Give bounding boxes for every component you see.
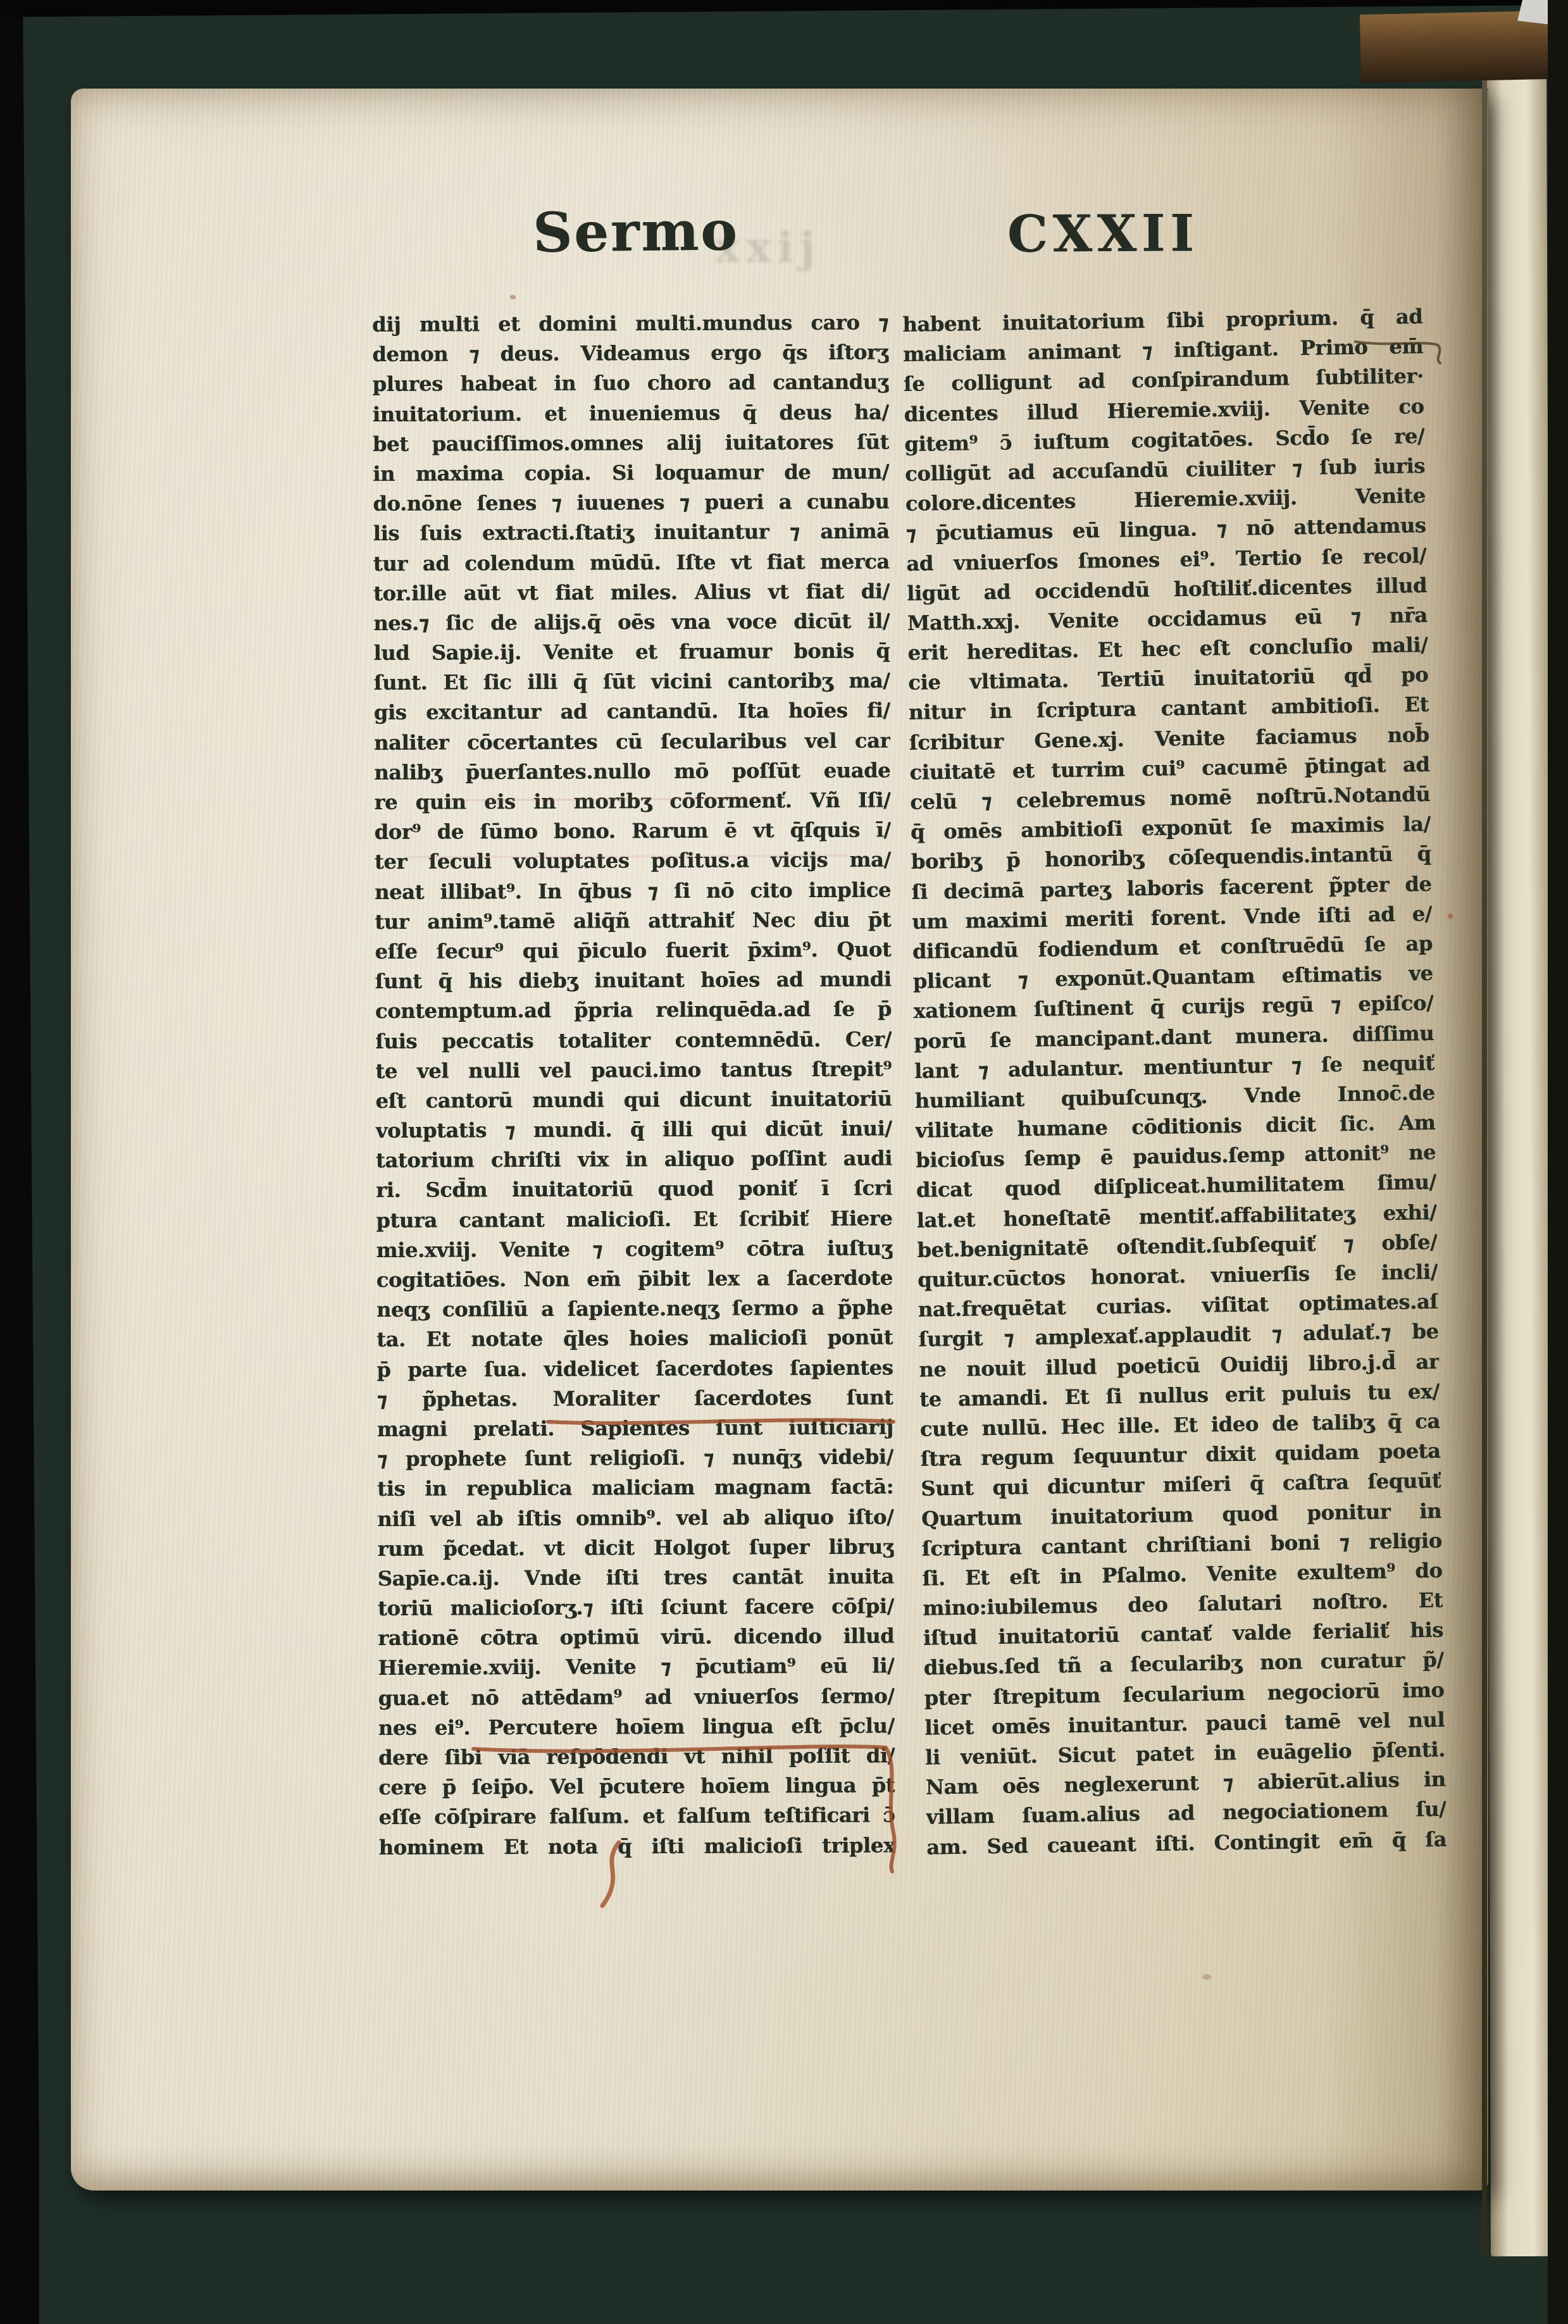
text-line: demon ⁊ deus. Videamus ergo q̄s iſtorʒ [372, 338, 888, 370]
scan-edge-right [1548, 0, 1568, 2324]
text-line: plures habeat in ſuo choro ad cantanduʒ [372, 368, 888, 400]
binding-wood-strip [1360, 11, 1551, 83]
text-line: ta. Et notate q̄les hoies malicioſi ponū… [376, 1323, 893, 1355]
text-line: dij multi et domini multi.mundus caro ⁊ [372, 308, 888, 340]
text-line: toriū malicioſorʒ.⁊ iſti ſciunt facere c… [378, 1591, 894, 1624]
text-line: re quin eis in moribʒ cōformenť. Vñ Iſi/ [374, 785, 890, 817]
text-line: gua.et nō attēdam⁹ ad vniuerſos ſermo/ [378, 1681, 894, 1713]
text-line: ter ſeculi voluptates poſitus.a vicijs m… [375, 845, 891, 878]
text-line: ſuis peccatis totaliter contemnēdū. Cer/ [375, 1024, 892, 1057]
page-crease [1482, 68, 1487, 2255]
text-line: eſſe ſecur⁹ qui p̄iculo fuerit p̄xim⁹. Q… [375, 935, 891, 967]
text-line: lud Sapie.ij. Venite et fruamur bonis q̄ [373, 636, 890, 668]
text-column-left: dij multi et domini multi.mundus caro ⁊d… [372, 308, 895, 1862]
folio-number: CXXII [1007, 203, 1199, 264]
text-line: ſunt q̄ his diebʒ inuitant hoīes ad mund… [375, 965, 892, 997]
text-line: do.nōne ſenes ⁊ iuuenes ⁊ pueri a cunabu [373, 487, 889, 519]
text-line: eſſe cōſpirare falſum. et falſum teſtifi… [378, 1801, 895, 1833]
text-line: bet pauciſſimos.omnes alij iuitatores ſū… [373, 427, 889, 459]
text-line: nalibʒ p̄uerſantes.nullo mō poſſūt euade [374, 755, 890, 788]
text-line: tur anim⁹.tamē aliq̄ñ attrahiť Nec diu p… [375, 905, 891, 937]
text-line: nes ei⁹. Percutere hoīem lingua eſt p̄cl… [378, 1711, 895, 1743]
text-line: neat illibat⁹. In q̄bus ⁊ ſi nō cito imp… [375, 875, 891, 907]
text-line: rum p̃cedat. vt dicit Holgot ſuper libru… [377, 1532, 893, 1564]
text-line: te vel nulli vel pauci.imo tantus ſtrepi… [375, 1054, 892, 1086]
text-line: rationē cōtra optimū virū. dicendo illud [378, 1622, 894, 1654]
text-line: dor⁹ de ſūmo bono. Rarum ē vt q̄ſquis ī/ [375, 816, 891, 848]
text-line: ri. Scd̄m inuitatoriū quod poniť ī ſcri [376, 1174, 892, 1206]
text-line: ⁊ prophete ſunt religioſi. ⁊ nunq̄ʒ vide… [377, 1443, 893, 1475]
text-line: gis excitantur ad cantandū. Ita hoīes fi… [374, 696, 890, 728]
text-line: eſt cantorū mundi qui dicunt inuitatoriū [375, 1084, 892, 1116]
text-line: inuitatorium. et inueniemus q̄ deus ha/ [373, 397, 889, 430]
text-line: ſunt. Et ſic illi q̄ ſūt vicini cantorib… [373, 666, 890, 699]
text-line: cogitatiōes. Non em̄ p̄ibit lex a ſacerd… [376, 1263, 893, 1295]
text-line: voluptatis ⁊ mundi. q̄ illi qui dicūt in… [376, 1114, 892, 1146]
running-title: Sermo [532, 199, 739, 264]
text-line: p̄ parte ſua. videlicet ſacerdotes ſapie… [376, 1353, 893, 1385]
text-line: hominem Et nota q̄ iſti malicioſi triple… [379, 1830, 895, 1863]
text-line: in maxima copia. Si loquamur de mun/ [373, 457, 889, 489]
text-line: dere ſibi viā reſpōdendi vt nihil poſſit… [378, 1741, 895, 1773]
text-line: tor.ille aūt vt fiat miles. Alius vt fia… [373, 576, 890, 609]
text-line: ptura cantant malicioſi. Et ſcribiť Hier… [376, 1203, 892, 1236]
text-line: nes.⁊ ſic de alijs.q̄ oēs vna voce dicūt… [373, 606, 890, 638]
text-line: tis in republica maliciam magnam factā: [377, 1472, 893, 1505]
text-line: ⁊ p̃phetas. Moraliter ſacerdotes ſunt [376, 1383, 893, 1415]
text-line: tur ad colendum mūdū. Iſte vt fiat merca [373, 547, 890, 579]
scan-edge-top [0, 0, 1568, 19]
text-line: tatorium chriſti vix in aliquo poſſint a… [376, 1144, 892, 1176]
text-line: magni prelati. Sapientes ſunt iuſticiari… [377, 1412, 893, 1445]
scan-edge-left [0, 0, 39, 2324]
text-line: cere p̄ ſeip̄o. Vel p̄cutere hoīem lingu… [378, 1771, 895, 1803]
text-column-right: habent inuitatorium ſibi proprium. q̄ ad… [902, 302, 1447, 1862]
underlying-page-fore-edge [1483, 67, 1554, 2256]
text-line: lis ſuis extracti.ſtatiʒ inuitantur ⁊ an… [373, 517, 889, 549]
text-line: naliter cōcertantes cū ſecularibus vel c… [374, 726, 890, 758]
scanned-incunabulum-page: Sermo xxij CXXII dij multi et domini mul… [0, 0, 1568, 2324]
text-line: mie.xviij. Venite ⁊ cogitem⁹ cōtra iuſtu… [376, 1233, 892, 1265]
show-through-ghost-text: xxij [715, 223, 821, 272]
text-line: neqʒ conſiliū a ſapiente.neqʒ ſermo a p̃… [376, 1293, 893, 1326]
text-line: Sapīe.ca.ij. Vnde iſti tres cantāt inuit… [378, 1562, 894, 1594]
text-line: Hieremie.xviij. Venite ⁊ p̄cutiam⁹ eū li… [378, 1651, 894, 1684]
text-line: niſi vel ab iſtis omnib⁹. vel ab aliquo … [377, 1502, 893, 1534]
text-line: contemptum.ad p̃pria relinquēda.ad ſe p̄ [375, 995, 892, 1027]
